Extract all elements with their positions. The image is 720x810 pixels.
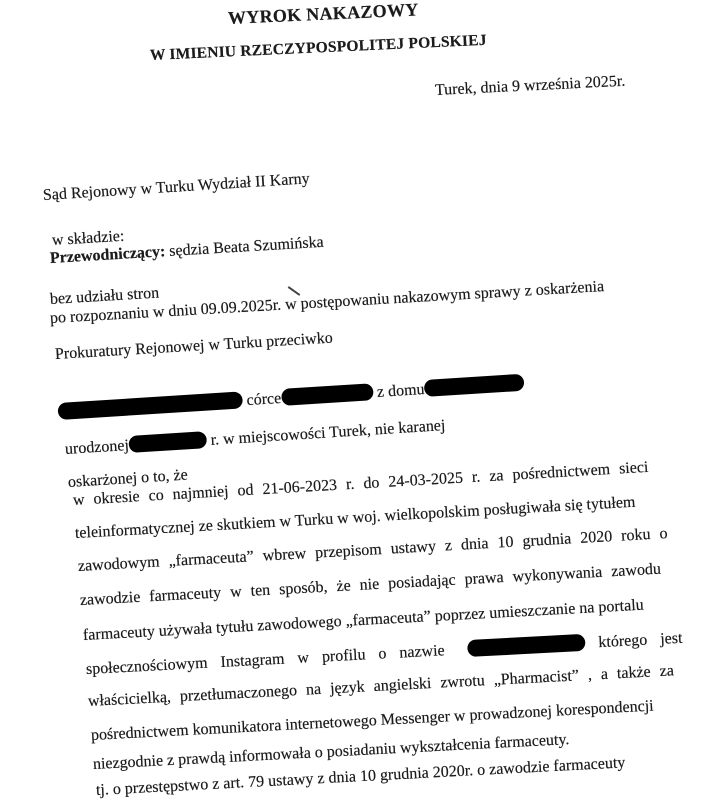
place-and-date: Turek, dnia 9 września 2025r.	[435, 73, 626, 100]
redaction-profile-name	[467, 634, 586, 657]
born-label: urodzonej	[64, 437, 129, 458]
redaction-parents	[281, 383, 374, 406]
redaction-birth-date	[128, 431, 207, 453]
prosecutor-line: Prokuratury Rejonowej w Turku przeciwko	[54, 330, 333, 364]
court-document-page: WYROK NAKAZOWY W IMIENIU RZECZYPOSPOLITE…	[0, 0, 720, 810]
birth-line: urodzonej r. w miejscowości Turek, nie k…	[64, 416, 446, 459]
defendant-line: córce z domu	[57, 374, 524, 422]
presiding-value: sędzia Beata Szumińska	[169, 234, 324, 260]
court-name: Sąd Rejonowy w Turku Wydział II Karny	[42, 170, 310, 205]
document-title: WYROK NAKAZOWY	[228, 0, 419, 29]
pen-mark	[288, 286, 301, 296]
instagram-text-before: społecznościowym Instagram w profilu o n…	[86, 642, 446, 678]
redaction-defendant-name	[57, 391, 243, 420]
document-subtitle: W IMIENIU RZECZYPOSPOLITEJ POLSKIEJ	[150, 32, 488, 65]
birth-place-text: r. w miejscowości Turek, nie karanej	[210, 417, 446, 449]
redaction-maiden-name	[424, 374, 525, 397]
maiden-name-label: z domu	[376, 381, 425, 401]
instagram-text-after: którego jest	[598, 630, 683, 651]
daughter-of-label: córce	[246, 390, 282, 409]
